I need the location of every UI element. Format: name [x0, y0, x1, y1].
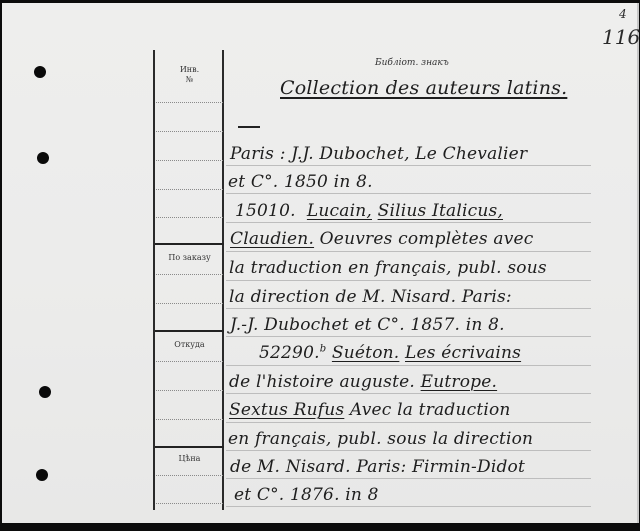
ruled-line [226, 478, 591, 479]
author-sextus-rufus: Sextus Rufus [229, 400, 344, 420]
entry-line-3: 15010. Lucain, Silius Italicus, [235, 201, 503, 221]
entry-line-2: et C°. 1850 in 8. [228, 172, 373, 192]
column-border-left [153, 50, 155, 510]
dotted-rule [156, 390, 223, 391]
ruled-line [226, 450, 591, 451]
corner-mark-number: 116 [602, 25, 640, 49]
section-divider [155, 446, 224, 448]
ruled-line [226, 336, 591, 337]
punch-hole [36, 469, 48, 481]
author-silius-italicus: Silius Italicus, [378, 201, 503, 221]
ruled-line [226, 280, 591, 281]
entry-line-8: 52290.b Suéton. Les écrivains [259, 343, 521, 363]
collection-title: Collection des auteurs latins. [280, 77, 567, 99]
inventory-label: Инв. № [155, 65, 224, 85]
punch-hole [39, 386, 51, 398]
dotted-rule [156, 131, 223, 132]
dotted-rule [156, 189, 223, 190]
author-lucain: Lucain, [307, 201, 372, 221]
entry-line-12: de M. Nisard. Paris: Firmin-Didot [230, 457, 525, 477]
ruled-line [226, 365, 591, 366]
section-divider [155, 243, 224, 245]
ruled-line [226, 165, 591, 166]
corner-mark-top: 4 [619, 7, 627, 21]
entry-line-9: de l'histoire auguste. Eutrope. [229, 372, 497, 392]
source-label: Откуда [155, 340, 224, 350]
library-mark-label: Библіот. знакъ [375, 58, 449, 68]
entry-line-7: J.-J. Dubochet et C°. 1857. in 8. [230, 315, 505, 335]
order-label: По заказу [155, 253, 224, 263]
author-claudien: Claudien. [230, 229, 314, 249]
dotted-rule [156, 274, 223, 275]
ruled-line [226, 506, 591, 507]
punch-hole [34, 66, 46, 78]
entry-line-4: Claudien. Oeuvres complètes avec [230, 229, 534, 249]
ruled-line [226, 308, 591, 309]
entry-line-11: en français, publ. sous la direction [228, 429, 533, 449]
ruled-line [226, 222, 591, 223]
column-border-right [222, 50, 224, 510]
dotted-rule [156, 303, 223, 304]
accession-number-2: 52290. [259, 343, 320, 363]
dotted-rule [156, 217, 223, 218]
dotted-rule [156, 160, 223, 161]
dotted-rule [156, 102, 223, 103]
dotted-rule [156, 503, 223, 504]
ruled-line [226, 251, 591, 252]
accession-number-1: 15010. [235, 201, 296, 221]
entry-line-5: la traduction en français, publ. sous [229, 258, 547, 278]
dash-mark [238, 126, 260, 128]
ruled-line [226, 193, 591, 194]
dotted-rule [156, 419, 223, 420]
entry-line-13: et C°. 1876. in 8 [234, 485, 379, 505]
entry-line-10: Sextus Rufus Avec la traduction [229, 400, 511, 420]
catalog-card: 4 116 Инв. № По заказу Откуда Цѣна Библі… [2, 3, 639, 523]
punch-hole [37, 152, 49, 164]
ruled-line [226, 393, 591, 394]
ruled-line [226, 422, 591, 423]
price-label: Цѣна [155, 454, 224, 464]
dotted-rule [156, 475, 223, 476]
entry-line-6: la direction de M. Nisard. Paris: [229, 287, 512, 307]
section-divider [155, 330, 224, 332]
author-sueton: Suéton. [332, 343, 399, 363]
dotted-rule [156, 361, 223, 362]
entry-line-1: Paris : J.J. Dubochet, Le Chevalier [230, 144, 527, 164]
work-title: Les écrivains [405, 343, 521, 363]
work-eutrope: Eutrope. [421, 372, 498, 392]
